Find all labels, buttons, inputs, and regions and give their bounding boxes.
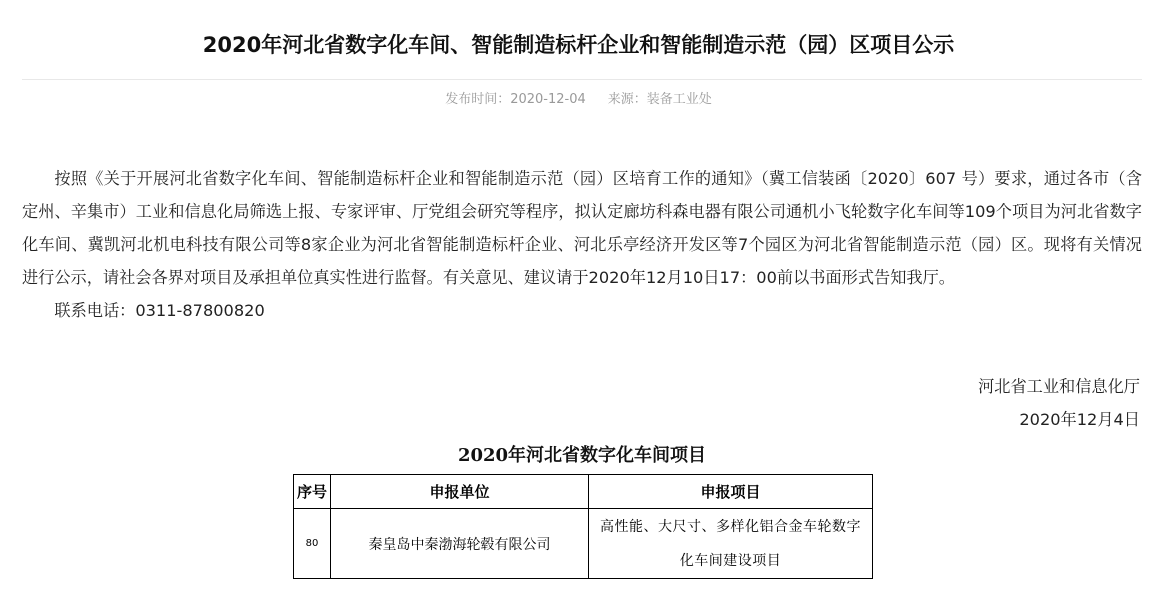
signature-date: 2020年12月4日 xyxy=(978,403,1140,436)
article-body: 按照《关于开展河北省数字化车间、智能制造标杆企业和智能制造示范（园）区培育工作的… xyxy=(22,162,1142,327)
contact-phone: 联系电话：0311-87800820 xyxy=(22,294,1142,327)
row-index: 80 xyxy=(294,509,331,579)
header-unit: 申报单位 xyxy=(331,475,589,509)
header-project: 申报项目 xyxy=(589,475,873,509)
projects-table: 序号 申报单位 申报项目 80 秦皇岛中秦渤海轮毂有限公司 高性能、大尺寸、多样… xyxy=(293,474,873,579)
row-unit: 秦皇岛中秦渤海轮毂有限公司 xyxy=(331,509,589,579)
article-title: 2020年河北省数字化车间、智能制造标杆企业和智能制造示范（园）区项目公示 xyxy=(0,28,1157,62)
table-row: 80 秦皇岛中秦渤海轮毂有限公司 高性能、大尺寸、多样化铝合金车轮数字化车间建设… xyxy=(294,509,873,579)
title-divider xyxy=(22,79,1142,80)
signature-org: 河北省工业和信息化厅 xyxy=(978,370,1140,403)
publish-time: 发布时间：2020-12-04 xyxy=(445,92,586,107)
table-title: 2020年河北省数字化车间项目 xyxy=(293,442,871,470)
row-project: 高性能、大尺寸、多样化铝合金车轮数字化车间建设项目 xyxy=(589,509,873,579)
article-meta: 发布时间：2020-12-04来源：装备工业处 xyxy=(0,90,1157,110)
table-header-row: 序号 申报单位 申报项目 xyxy=(294,475,873,509)
announcement-paragraph: 按照《关于开展河北省数字化车间、智能制造标杆企业和智能制造示范（园）区培育工作的… xyxy=(22,162,1142,294)
header-index: 序号 xyxy=(294,475,331,509)
source: 来源：装备工业处 xyxy=(608,92,712,107)
signature: 河北省工业和信息化厅 2020年12月4日 xyxy=(978,370,1140,436)
